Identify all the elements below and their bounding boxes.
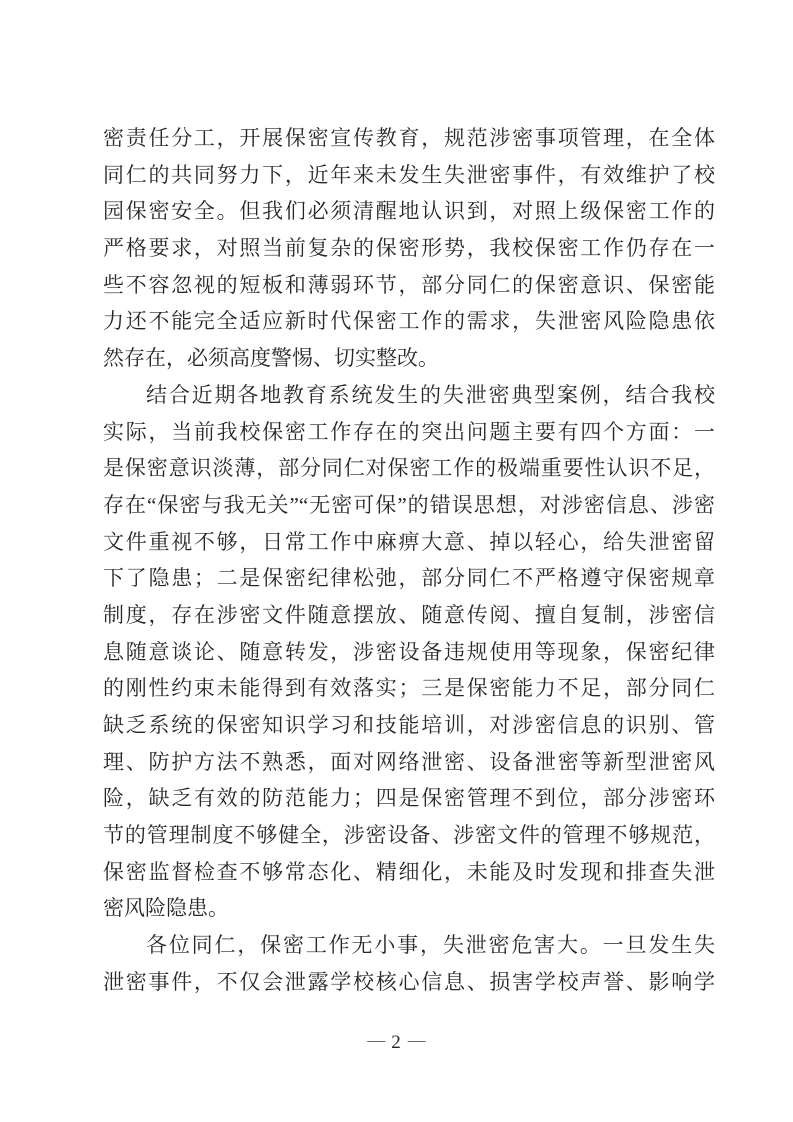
text-line: 制度，存在涉密文件随意摆放、随意传阅、擅自复制，涉密信 bbox=[103, 597, 715, 634]
text-line: 力还不能完全适应新时代保密工作的需求，失泄密风险隐患依 bbox=[103, 303, 715, 340]
page-footer: —2— bbox=[0, 1033, 793, 1052]
text-line: 理、防护方法不熟悉，面对网络泄密、设备泄密等新型泄密风 bbox=[103, 744, 715, 781]
text-line: 是保密意识淡薄，部分同仁对保密工作的极端重要性认识不足， bbox=[103, 450, 715, 487]
text-line: 缺乏系统的保密知识学习和技能培训，对涉密信息的识别、管 bbox=[103, 707, 715, 744]
text-line: 实际，当前我校保密工作存在的突出问题主要有四个方面：一 bbox=[103, 414, 715, 451]
text-line: 存在“保密与我无关”“无密可保”的错误思想，对涉密信息、涉密 bbox=[103, 487, 715, 524]
text-line: 密责任分工，开展保密宣传教育，规范涉密事项管理，在全体 bbox=[103, 120, 715, 157]
text-line: 各位同仁，保密工作无小事，失泄密危害大。一旦发生失 bbox=[103, 927, 715, 964]
text-line: 结合近期各地教育系统发生的失泄密典型案例，结合我校 bbox=[103, 377, 715, 414]
text-line: 文件重视不够，日常工作中麻痹大意、掉以轻心，给失泄密留 bbox=[103, 524, 715, 561]
text-line: 下了隐患；二是保密纪律松弛，部分同仁不严格遵守保密规章 bbox=[103, 560, 715, 597]
footer-right-dash: — bbox=[408, 1030, 426, 1050]
text-line: 严格要求，对照当前复杂的保密形势，我校保密工作仍存在一 bbox=[103, 230, 715, 267]
text-line: 密风险隐患。 bbox=[103, 890, 715, 927]
text-line: 节的管理制度不够健全，涉密设备、涉密文件的管理不够规范， bbox=[103, 817, 715, 854]
document-page: 密责任分工，开展保密宣传教育，规范涉密事项管理，在全体 同仁的共同努力下，近年来… bbox=[0, 0, 793, 1122]
text-line: 的刚性约束未能得到有效落实；三是保密能力不足，部分同仁 bbox=[103, 670, 715, 707]
text-line: 险，缺乏有效的防范能力；四是保密管理不到位，部分涉密环 bbox=[103, 780, 715, 817]
page-number: 2 bbox=[391, 1032, 402, 1053]
footer-left-dash: — bbox=[367, 1030, 385, 1050]
text-line: 泄密事件，不仅会泄露学校核心信息、损害学校声誉、影响学 bbox=[103, 964, 715, 1001]
text-line: 然存在，必须高度警惕、切实整改。 bbox=[103, 340, 715, 377]
text-line: 同仁的共同努力下，近年来未发生失泄密事件，有效维护了校 bbox=[103, 157, 715, 194]
text-line: 息随意谈论、随意转发，涉密设备违规使用等现象，保密纪律 bbox=[103, 634, 715, 671]
document-body: 密责任分工，开展保密宣传教育，规范涉密事项管理，在全体 同仁的共同努力下，近年来… bbox=[103, 120, 715, 1001]
text-line: 保密监督检查不够常态化、精细化，未能及时发现和排查失泄 bbox=[103, 854, 715, 891]
text-line: 园保密安全。但我们必须清醒地认识到，对照上级保密工作的 bbox=[103, 193, 715, 230]
text-line: 些不容忽视的短板和薄弱环节，部分同仁的保密意识、保密能 bbox=[103, 267, 715, 304]
